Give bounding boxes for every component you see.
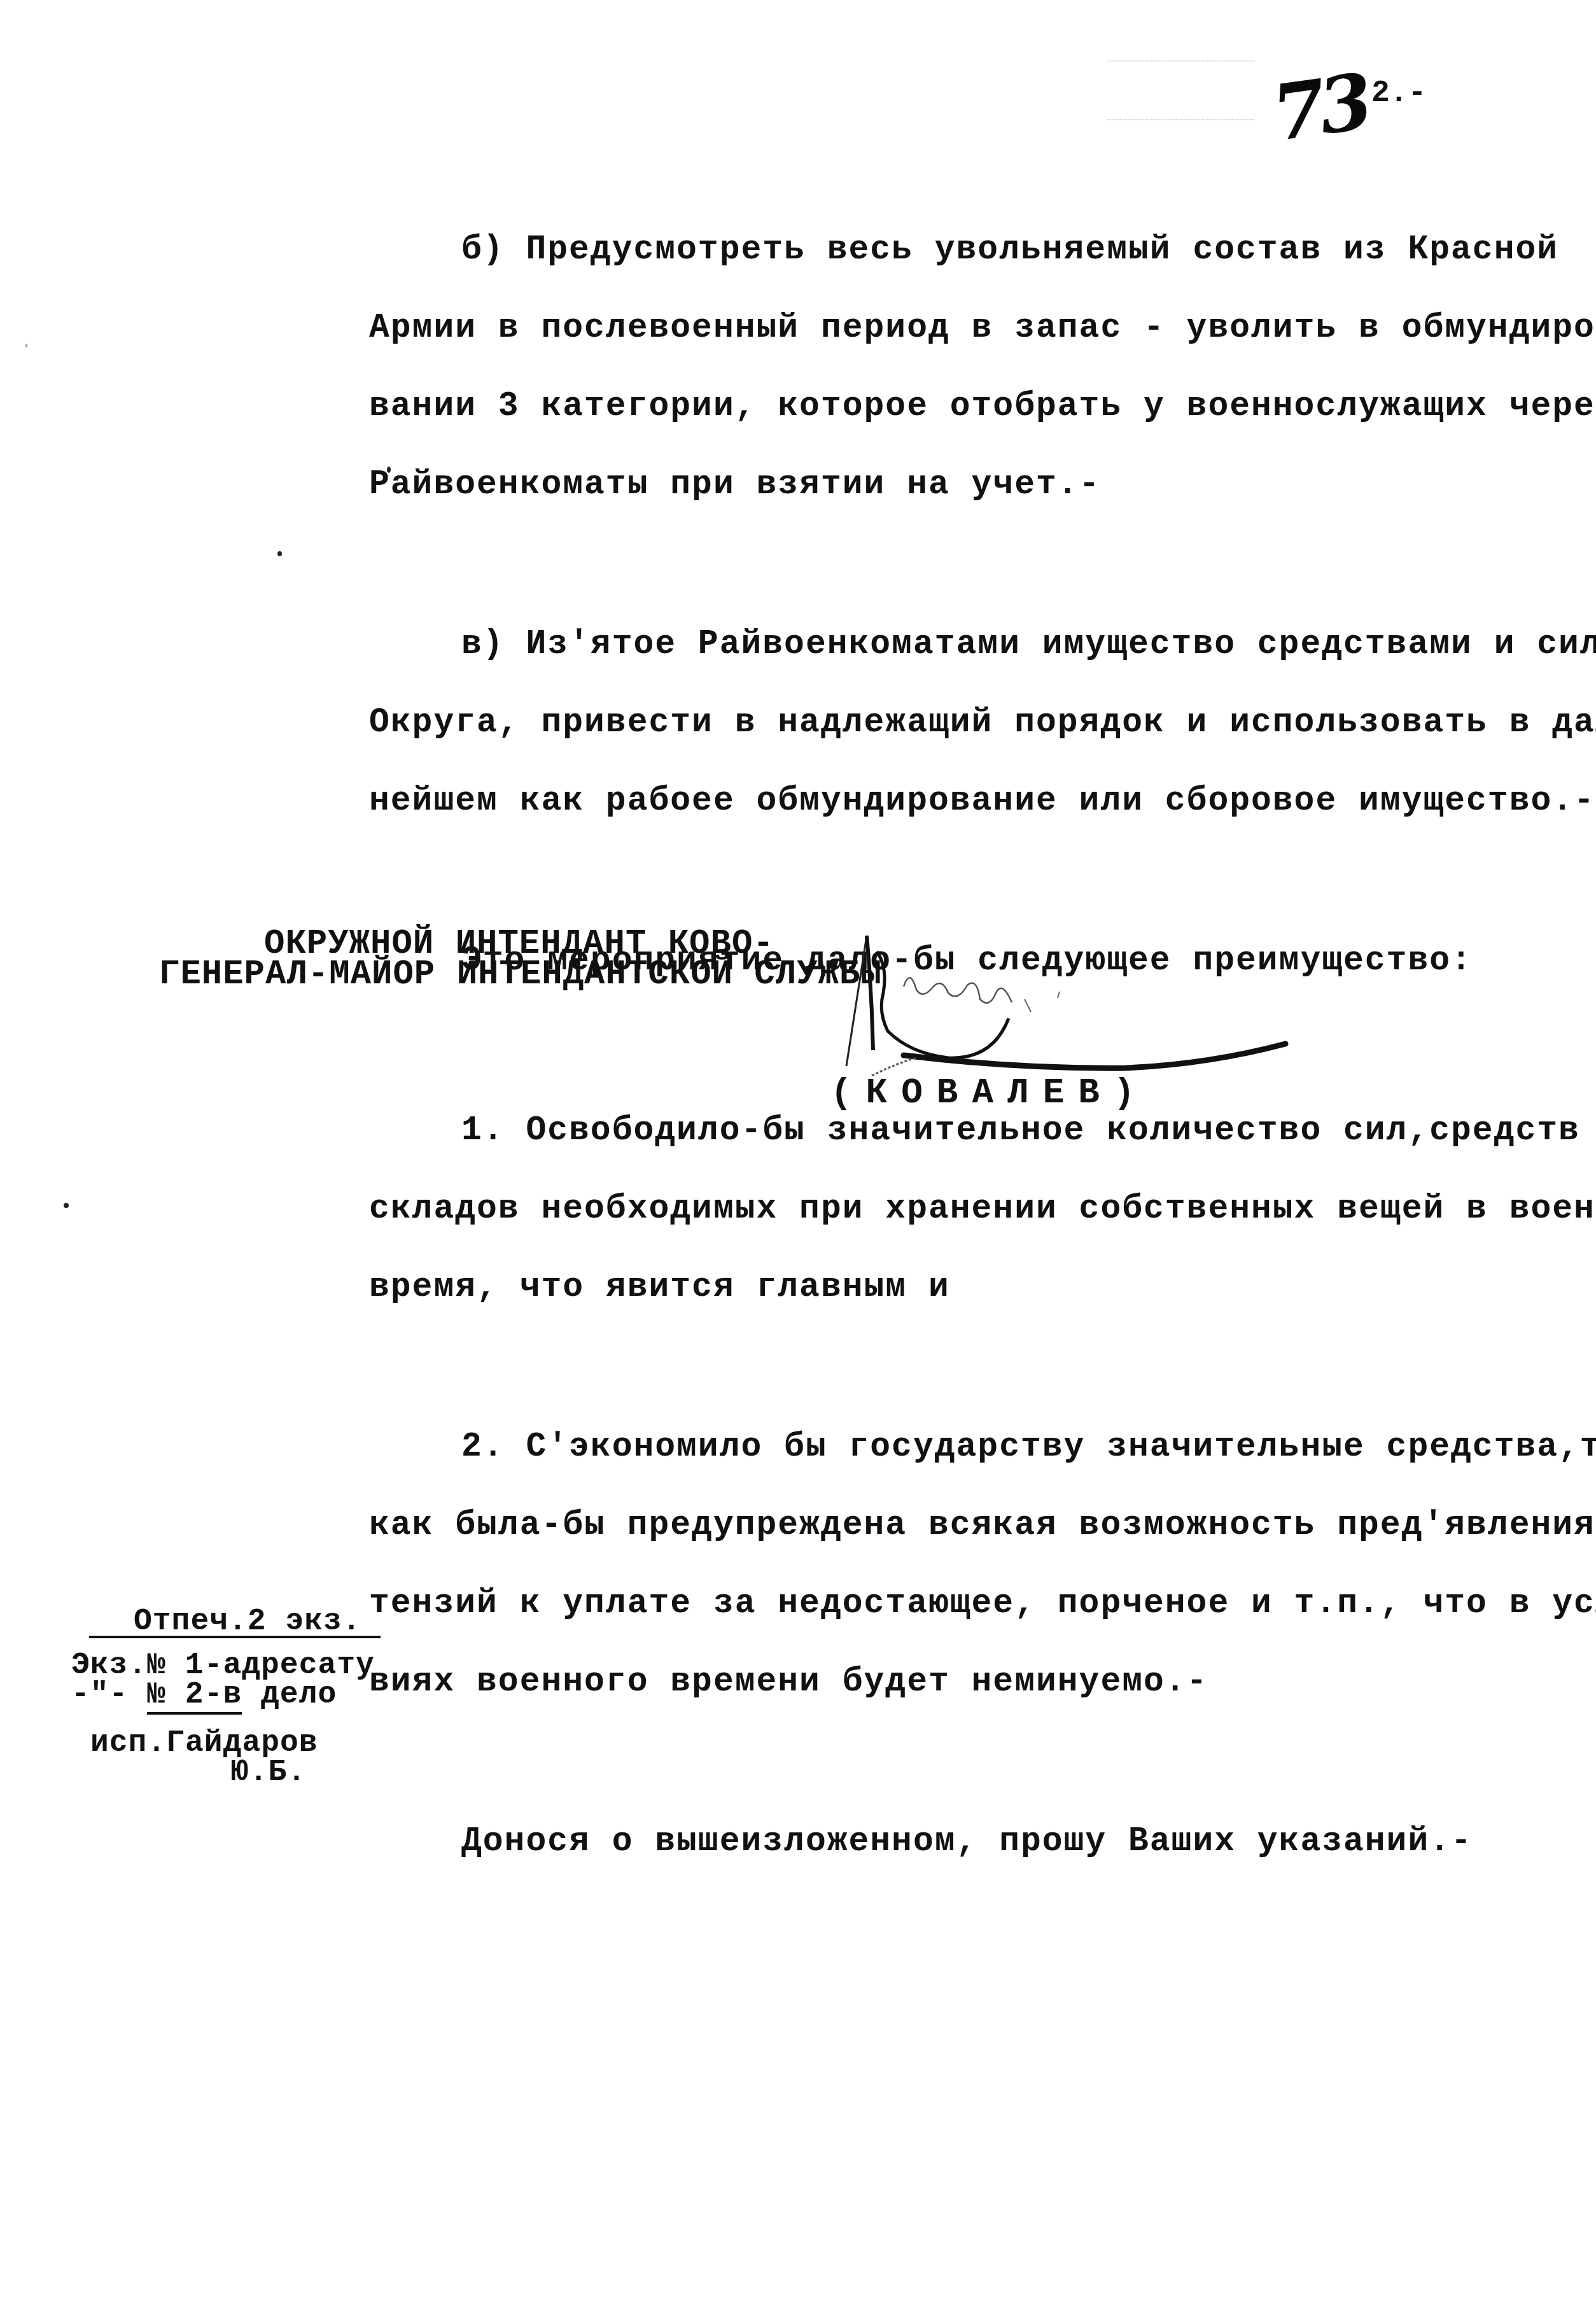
text-line: 2. С'экономило бы государству значительн…: [369, 1434, 1565, 1460]
signatory-title-line-2: ГЕНЕРАЛ-МАЙОР ИНТЕНДАНТСКОЙ СЛУЖБЫ: [159, 960, 882, 990]
paragraph-v: в) Из'ятое Райвоенкоматами имущество сре…: [369, 579, 1565, 866]
paragraph-item-2: 2. С'экономило бы государству значительн…: [369, 1382, 1565, 1747]
faded-stamp-mark: [1107, 60, 1254, 120]
scan-speck: [64, 1203, 69, 1208]
signatory-title: ОКРУЖНОЙ ИНТЕНДАНТ КОВО- ГЕНЕРАЛ-МАЙОР И…: [159, 929, 882, 990]
copies-printed-heading: Отпеч.2 экз.: [89, 1608, 381, 1638]
text-line: виях военного времени будет неминуемо.-: [277, 1669, 1565, 1695]
scan-speck: [277, 551, 282, 556]
paragraph-closing: Донося о вышеизложенном, прошу Ваших ука…: [369, 1776, 1565, 1907]
copy-2-recipient: дело: [242, 1678, 337, 1712]
copy-2-ditto: -"-: [71, 1678, 147, 1712]
text-line: складов необходимых при хранении собстве…: [277, 1196, 1565, 1222]
copy-1-row: Экз.№ 1-адресату: [71, 1651, 381, 1680]
handwritten-signature-icon: [827, 917, 1311, 1082]
typed-page-suffix: 2.-: [1371, 76, 1426, 111]
text-line: время, что явится главным и: [277, 1274, 1565, 1300]
copy-2-row: -"- № 2-в дело: [71, 1680, 381, 1710]
executor-name: исп.Гайдаров: [71, 1729, 381, 1758]
text-line: как была-бы предупреждена всякая возможн…: [277, 1512, 1565, 1538]
text-line: нейшем как рабоее обмундирование или сбо…: [277, 788, 1565, 814]
copy-2-number: № 2-в: [147, 1678, 242, 1715]
text-line: Округа, привести в надлежащий порядок и …: [277, 710, 1565, 736]
document-page: 73 2.- б) Предусмотреть весь увольняемый…: [0, 0, 1596, 2297]
scan-speck: [387, 467, 391, 473]
text-line: 1. Освободило-бы значительное количество…: [369, 1118, 1565, 1144]
text-line: Армии в послевоенный период в запас - ув…: [277, 315, 1565, 341]
text-line: б) Предусмотреть весь увольняемый состав…: [369, 237, 1565, 263]
handwritten-page-number: 73: [1268, 64, 1371, 152]
text-line: Донося о вышеизложенном, прошу Ваших ука…: [369, 1829, 1565, 1855]
text-line: вании 3 категории, которое отобрать у во…: [277, 393, 1565, 419]
text-line: тензий к уплате за недостающее, порченое…: [277, 1591, 1565, 1617]
paragraph-b: б) Предусмотреть весь увольняемый состав…: [369, 185, 1565, 550]
distribution-note: Отпеч.2 экз. Экз.№ 1-адресату -"- № 2-в …: [71, 1607, 381, 1787]
page-number: 73 2.-: [1273, 70, 1426, 172]
text-line: в) Из'ятое Райвоенкоматами имущество сре…: [369, 631, 1565, 657]
scan-speck: [25, 344, 27, 348]
executor-initials: Ю.Б.: [71, 1758, 381, 1787]
signer-name: (КОВАЛЕВ): [830, 1072, 1149, 1113]
text-line: Райвоенкоматы при взятии на учет.-: [277, 472, 1565, 498]
